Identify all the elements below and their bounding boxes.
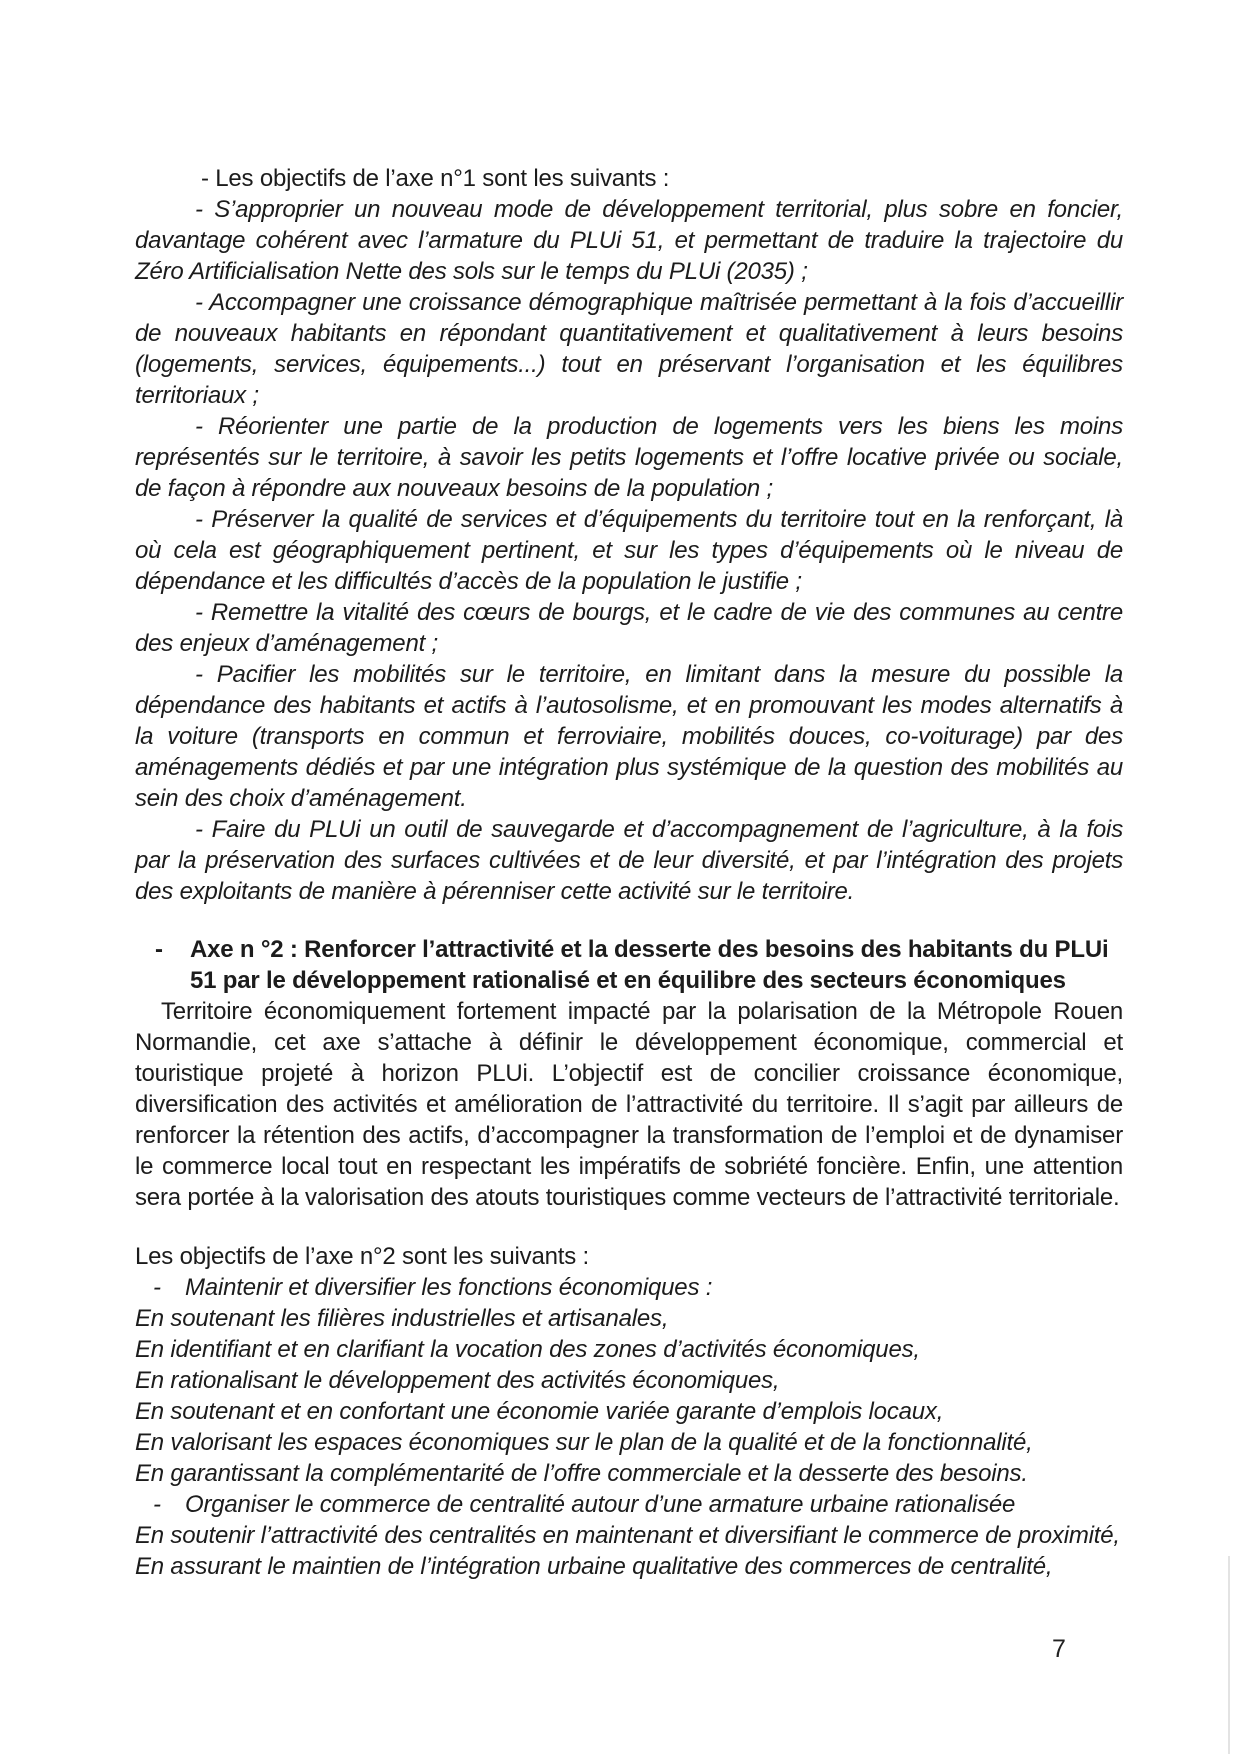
list-dash: -: [135, 934, 190, 996]
document-page: - Les objectifs de l’axe n°1 sont les su…: [0, 0, 1240, 1754]
page-number: 7: [1052, 1634, 1066, 1664]
list-dash: -: [135, 1489, 185, 1520]
section-heading: -Axe n °2 : Renforcer l’attractivité et …: [135, 934, 1123, 996]
paragraph: -Maintenir et diversifier les fonctions …: [135, 1272, 1123, 1303]
paragraph: En rationalisant le développement des ac…: [135, 1365, 1123, 1396]
paragraph: Territoire économiquement fortement impa…: [135, 996, 1123, 1213]
paragraph: - Accompagner une croissance démographiq…: [135, 287, 1123, 411]
paragraph: En identifiant et en clarifiant la vocat…: [135, 1334, 1123, 1365]
paragraph: En assurant le maintien de l’intégration…: [135, 1551, 1123, 1582]
paragraph: En soutenir l’attractivité des centralit…: [135, 1520, 1123, 1551]
paragraph: - S’approprier un nouveau mode de dévelo…: [135, 194, 1123, 287]
document-body: - Les objectifs de l’axe n°1 sont les su…: [135, 163, 1123, 1582]
paragraph: - Les objectifs de l’axe n°1 sont les su…: [135, 163, 1123, 194]
paragraph: - Pacifier les mobilités sur le territoi…: [135, 659, 1123, 814]
paragraph-text: Maintenir et diversifier les fonctions é…: [185, 1272, 1123, 1303]
paragraph: En garantissant la complémentarité de l’…: [135, 1458, 1123, 1489]
paragraph: - Préserver la qualité de services et d’…: [135, 504, 1123, 597]
paragraph-text: Organiser le commerce de centralité auto…: [185, 1489, 1123, 1520]
list-dash: -: [135, 1272, 185, 1303]
paragraph: En soutenant et en confortant une économ…: [135, 1396, 1123, 1427]
paragraph-text: Axe n °2 : Renforcer l’attractivité et l…: [190, 934, 1123, 996]
paragraph: En valorisant les espaces économiques su…: [135, 1427, 1123, 1458]
paragraph: Les objectifs de l’axe n°2 sont les suiv…: [135, 1241, 1123, 1272]
paragraph: -Organiser le commerce de centralité aut…: [135, 1489, 1123, 1520]
paragraph: En soutenant les filières industrielles …: [135, 1303, 1123, 1334]
paragraph: - Faire du PLUi un outil de sauvegarde e…: [135, 814, 1123, 907]
paragraph: - Réorienter une partie de la production…: [135, 411, 1123, 504]
paragraph: - Remettre la vitalité des cœurs de bour…: [135, 597, 1123, 659]
scan-artifact-line: [1228, 1556, 1230, 1754]
